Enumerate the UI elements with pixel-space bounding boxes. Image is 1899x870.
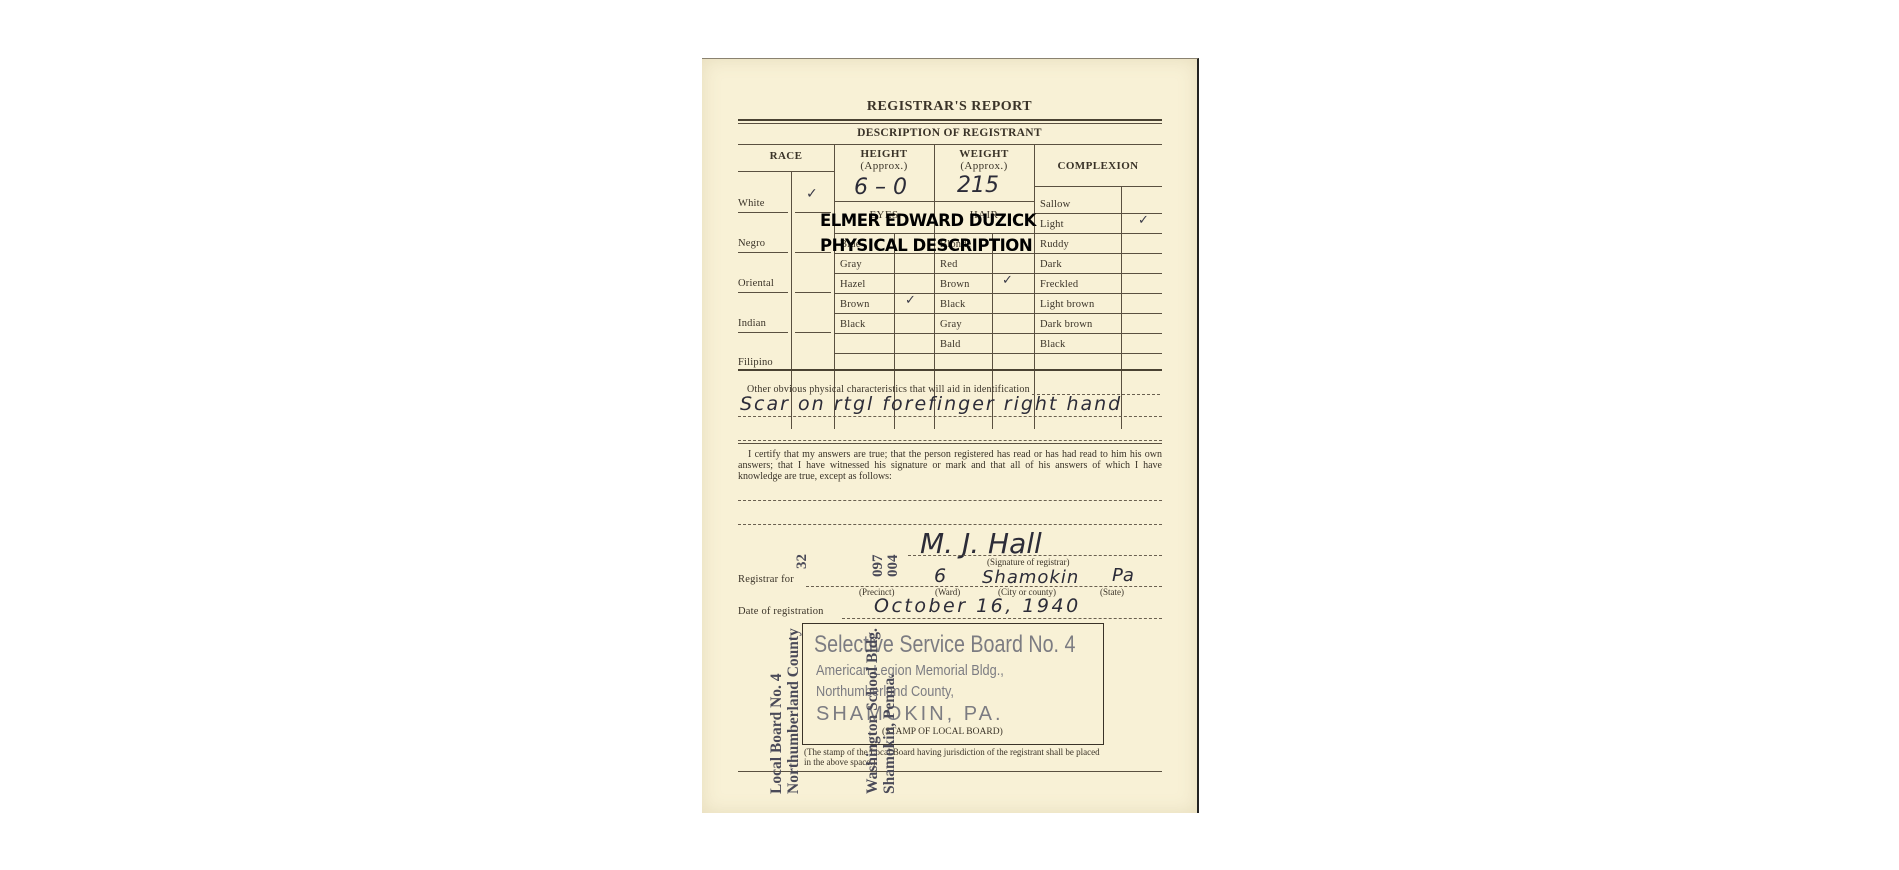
eyes-brown-check: ✓ — [905, 293, 916, 308]
date-label: Date of registration — [738, 606, 824, 617]
stamp-caption: (STAMP OF LOCAL BOARD) — [882, 727, 1003, 737]
height-value: 6 – 0 — [854, 175, 907, 200]
overlay-caption: PHYSICAL DESCRIPTION — [820, 236, 1032, 255]
date-value: October 16, 1940 — [874, 595, 1081, 617]
city-value: Shamokin — [982, 567, 1079, 588]
state-label: (State) — [1100, 587, 1124, 597]
board-stamp-line2: American Legion Memorial Bldg., — [816, 662, 1004, 679]
divider — [738, 443, 1162, 444]
hair-black: Black — [940, 299, 966, 310]
vertical-stamp-local-board-line2: Northumberland County — [785, 628, 802, 794]
complexion-light-check: ✓ — [1138, 213, 1149, 228]
divider — [738, 144, 1162, 145]
weight-header-label: WEIGHT — [934, 148, 1034, 160]
weight-header-sub: (Approx.) — [934, 160, 1034, 172]
registration-card: REGISTRAR'S REPORT DESCRIPTION OF REGIST… — [702, 58, 1199, 813]
height-header-sub: (Approx.) — [834, 160, 934, 172]
race-header: RACE — [738, 150, 834, 162]
grid-line — [738, 171, 834, 172]
overlay-name: ELMER EDWARD DUZICK — [820, 211, 1036, 230]
hair-brown: Brown — [940, 279, 970, 290]
board-stamp-line1: Selective Service Board No. 4 — [814, 631, 1075, 659]
other-characteristics-value: Scar on rtgl forefinger right hand — [740, 393, 1122, 415]
height-header-label: HEIGHT — [834, 148, 934, 160]
grid-line — [834, 233, 1162, 234]
registrar-for-label: Registrar for — [738, 574, 794, 585]
race-indian: Indian — [738, 318, 766, 329]
grid-line — [834, 201, 1034, 202]
grid-line — [1034, 213, 1162, 214]
complexion-light: Light — [1040, 219, 1064, 230]
grid-line — [795, 332, 831, 333]
dotted-line — [908, 555, 1162, 556]
section-subtitle: DESCRIPTION OF REGISTRANT — [702, 127, 1197, 139]
dotted-line — [842, 618, 1162, 619]
race-white: White — [738, 198, 765, 209]
eyes-gray: Gray — [840, 259, 862, 270]
dotted-line — [738, 416, 1162, 417]
weight-value: 215 — [957, 173, 999, 198]
stamp-note: (The stamp of the Local Board having jur… — [804, 747, 1104, 767]
race-filipino: Filipino — [738, 357, 773, 368]
complexion-dark: Dark — [1040, 259, 1062, 270]
report-title: REGISTRAR'S REPORT — [702, 99, 1197, 115]
vertical-stamp-school-line1: Washington School Bldg. — [864, 628, 881, 794]
grid-line — [834, 293, 1162, 294]
height-header: HEIGHT (Approx.) — [834, 148, 934, 172]
vertical-stamp-local-board-line1: Local Board No. 4 — [768, 628, 785, 794]
eyes-brown: Brown — [840, 299, 870, 310]
grid-line — [795, 292, 831, 293]
dotted-line — [738, 500, 1162, 501]
grid-line — [738, 212, 788, 213]
grid-line — [834, 273, 1162, 274]
grid-line — [738, 332, 788, 333]
signature-label: (Signature of registrar) — [987, 557, 1069, 567]
grid-line — [834, 313, 1162, 314]
vertical-stamp-school: Washington School Bldg. Shamokin, Penna. — [864, 628, 898, 794]
board-stamp-line4: SHAMOKIN, PA. — [816, 703, 1004, 726]
hair-brown-check: ✓ — [1002, 273, 1013, 288]
complexion-sallow: Sallow — [1040, 199, 1070, 210]
dotted-line — [738, 440, 1162, 441]
hair-red: Red — [940, 259, 958, 270]
complexion-ruddy: Ruddy — [1040, 239, 1069, 250]
complexion-black: Black — [1040, 339, 1066, 350]
vertical-stamp-school-line2: Shamokin, Penna. — [881, 628, 898, 794]
race-negro: Negro — [738, 238, 765, 249]
divider — [738, 119, 1162, 121]
grid-line — [738, 292, 788, 293]
hair-gray: Gray — [940, 319, 962, 330]
weight-header: WEIGHT (Approx.) — [934, 148, 1034, 172]
stamped-number-32: 32 — [794, 554, 811, 569]
race-oriental: Oriental — [738, 278, 774, 289]
vertical-stamp-local-board: Local Board No. 4 Northumberland County — [768, 628, 802, 794]
divider — [738, 123, 1162, 124]
grid-line — [1034, 186, 1162, 187]
hair-bald: Bald — [940, 339, 961, 350]
race-white-check: ✓ — [806, 186, 818, 202]
eyes-hazel: Hazel — [840, 279, 865, 290]
ward-value: 6 — [934, 565, 946, 587]
state-value: Pa — [1112, 565, 1134, 586]
dotted-line — [738, 524, 1162, 525]
divider — [738, 369, 1162, 371]
certification-text: I certify that my answers are true; that… — [738, 449, 1162, 482]
grid-line — [738, 252, 788, 253]
grid-line — [834, 333, 1162, 334]
complexion-header: COMPLEXION — [1034, 160, 1162, 172]
stamped-number-004: 004 — [885, 555, 902, 578]
complexion-freckled: Freckled — [1040, 279, 1078, 290]
complexion-dark-brown: Dark brown — [1040, 319, 1092, 330]
grid-line — [834, 353, 1162, 354]
complexion-light-brown: Light brown — [1040, 299, 1094, 310]
eyes-black: Black — [840, 319, 866, 330]
